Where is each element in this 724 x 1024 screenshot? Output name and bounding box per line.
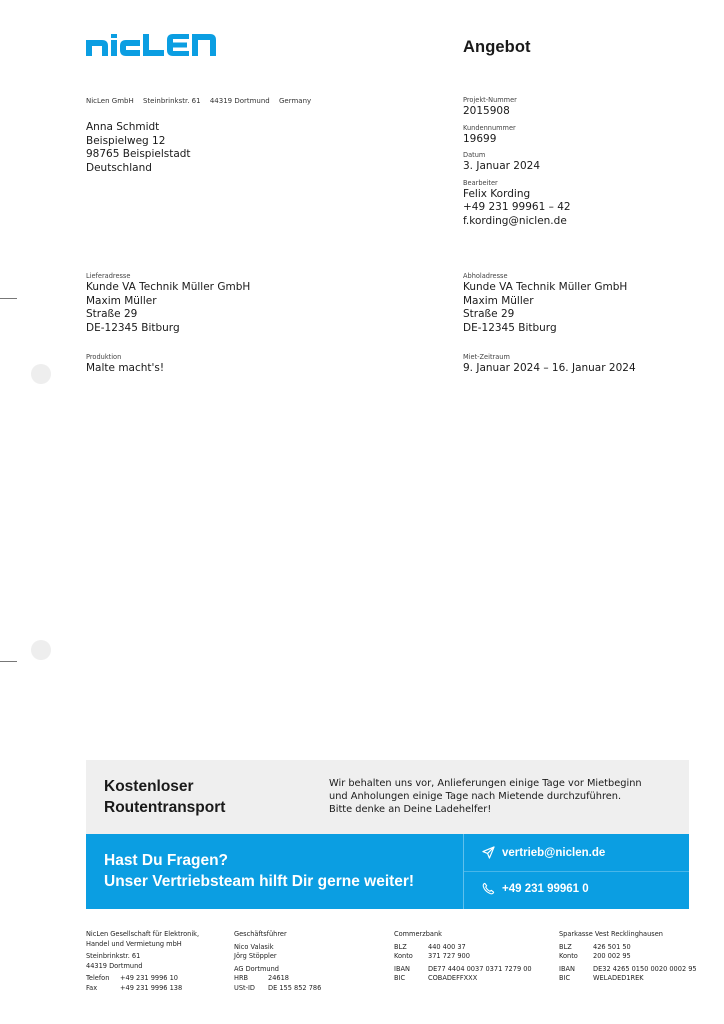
footer-manager-2: Jörg Stöppler — [234, 952, 321, 962]
sender-street: Steinbrinkstr. 61 — [143, 97, 201, 105]
recipient-country: Deutschland — [86, 162, 191, 176]
production-value: Malte macht's! — [86, 362, 346, 376]
contact-title-line-1: Hast Du Fragen? — [104, 850, 414, 871]
contact-divider — [464, 871, 690, 872]
footer-bank1-bic-label: BIC — [394, 974, 428, 984]
pickup-street: Straße 29 — [463, 308, 723, 322]
sender-city: 44319 Dortmund — [210, 97, 270, 105]
contact-title-line-2: Unser Vertriebsteam hilft Dir gerne weit… — [104, 871, 414, 892]
delivery-company: Kunde VA Technik Müller GmbH — [86, 281, 346, 295]
sender-return-address: NicLen GmbH Steinbrinkstr. 61 44319 Dort… — [86, 97, 318, 105]
footer-bank1-blz-value: 440 400 37 — [428, 943, 466, 953]
date-label: Datum — [463, 151, 703, 160]
customer-number-label: Kundennummer — [463, 124, 703, 133]
niclen-logo — [86, 34, 238, 56]
rental-period: Miet-Zeitraum 9. Januar 2024 – 16. Janua… — [463, 353, 723, 376]
footer-company-street: Steinbrinkstr. 61 — [86, 952, 199, 962]
notice-line-1: Wir behalten uns vor, Anlieferungen eini… — [329, 777, 642, 790]
footer-bank2-blz-label: BLZ — [559, 943, 593, 953]
footer-management: Geschäftsführer Nico Valasik Jörg Stöppl… — [234, 930, 321, 994]
footer-bank1-blz-label: BLZ — [394, 943, 428, 953]
pickup-address: Abholadresse Kunde VA Technik Müller Gmb… — [463, 272, 723, 335]
free-transport-title-line-1: Kostenloser — [104, 776, 225, 797]
project-number-value: 2015908 — [463, 105, 703, 119]
free-transport-notice: Wir behalten uns vor, Anlieferungen eini… — [329, 777, 642, 817]
footer-bank1-name: Commerzbank — [394, 930, 532, 940]
fold-mark-top — [0, 298, 17, 299]
footer-bank2-konto-value: 200 002 95 — [593, 952, 631, 962]
footer-vat-label: USt-ID — [234, 984, 268, 994]
agent-phone: +49 231 99961 – 42 — [463, 201, 703, 215]
contact-banner: Hast Du Fragen? Unser Vertriebsteam hilf… — [86, 834, 689, 909]
footer-hrb-value: 24618 — [268, 974, 289, 984]
offer-meta: Projekt-Nummer 2015908 Kundennummer 1969… — [463, 96, 703, 234]
footer-bank2-bic-label: BIC — [559, 974, 593, 984]
free-transport-title: Kostenloser Routentransport — [104, 776, 225, 818]
footer-phone-value: +49 231 9996 10 — [120, 974, 178, 984]
customer-number-value: 19699 — [463, 133, 703, 147]
phone-icon — [482, 882, 495, 895]
footer-company: NicLen Gesellschaft für Elektronik, Hand… — [86, 930, 199, 994]
sender-company: NicLen GmbH — [86, 97, 134, 105]
pickup-address-label: Abholadresse — [463, 272, 723, 281]
footer-bank2-name: Sparkasse Vest Recklinghausen — [559, 930, 697, 940]
pickup-contact: Maxim Müller — [463, 295, 723, 309]
delivery-city: DE-12345 Bitburg — [86, 322, 346, 336]
production-label: Produktion — [86, 353, 346, 362]
footer-bank2-iban-value: DE32 4265 0150 0020 0002 95 — [593, 965, 697, 975]
footer-vat-value: DE 155 852 786 — [268, 984, 321, 994]
footer-bank1-bic-value: COBADEFFXXX — [428, 974, 477, 984]
footer-bank1-iban-label: IBAN — [394, 965, 428, 975]
footer-bank1-konto-value: 371 727 900 — [428, 952, 470, 962]
punch-hole-mark-top — [31, 364, 51, 384]
footer-hrb-label: HRB — [234, 974, 268, 984]
sales-phone-link[interactable]: +49 231 99961 0 — [482, 882, 589, 895]
footer-bank2-bic-value: WELADED1REK — [593, 974, 644, 984]
footer-company-name-1: NicLen Gesellschaft für Elektronik, — [86, 930, 199, 940]
pickup-company: Kunde VA Technik Müller GmbH — [463, 281, 723, 295]
niclen-logo-mark — [86, 34, 238, 56]
production: Produktion Malte macht's! — [86, 353, 346, 376]
footer-company-name-2: Handel und Vermietung mbH — [86, 940, 199, 950]
delivery-address: Lieferadresse Kunde VA Technik Müller Gm… — [86, 272, 346, 335]
free-transport-banner: Kostenloser Routentransport Wir behalten… — [86, 760, 689, 834]
rental-period-label: Miet-Zeitraum — [463, 353, 723, 362]
footer-vat: USt-ID DE 155 852 786 — [234, 984, 321, 994]
recipient-address: Anna Schmidt Beispielweg 12 98765 Beispi… — [86, 121, 191, 175]
agent-name: Felix Kording — [463, 188, 703, 202]
punch-hole-mark-bottom — [31, 640, 51, 660]
agent-email[interactable]: f.kording@niclen.de — [463, 215, 703, 229]
recipient-name: Anna Schmidt — [86, 121, 191, 135]
sender-country: Germany — [279, 97, 311, 105]
delivery-address-label: Lieferadresse — [86, 272, 346, 281]
footer-bank2-konto-label: Konto — [559, 952, 593, 962]
pickup-city: DE-12345 Bitburg — [463, 322, 723, 336]
sales-phone: +49 231 99961 0 — [502, 883, 589, 895]
rental-period-value: 9. Januar 2024 – 16. Januar 2024 — [463, 362, 723, 376]
footer-manager-1: Nico Valasik — [234, 943, 321, 953]
contact-title: Hast Du Fragen? Unser Vertriebsteam hilf… — [104, 850, 414, 892]
agent-label: Bearbeiter — [463, 179, 703, 188]
sales-email: vertrieb@niclen.de — [502, 847, 605, 859]
free-transport-title-line-2: Routentransport — [104, 797, 225, 818]
footer-bank1-iban-value: DE77 4404 0037 0371 7279 00 — [428, 965, 532, 975]
document-title: Angebot — [463, 38, 531, 57]
recipient-street: Beispielweg 12 — [86, 135, 191, 149]
footer-bank-commerzbank: Commerzbank BLZ440 400 37 Konto371 727 9… — [394, 930, 532, 984]
footer-fax: Fax +49 231 9996 138 — [86, 984, 199, 994]
footer-bank-sparkasse: Sparkasse Vest Recklinghausen BLZ426 501… — [559, 930, 697, 984]
footer-fax-value: +49 231 9996 138 — [120, 984, 182, 994]
footer-fax-label: Fax — [86, 984, 120, 994]
footer-bank1-konto-label: Konto — [394, 952, 428, 962]
contact-details: vertrieb@niclen.de +49 231 99961 0 — [463, 834, 690, 909]
notice-line-2: und Anholungen einige Tage nach Mietende… — [329, 790, 642, 803]
footer-hrb: HRB 24618 — [234, 974, 321, 984]
fold-mark-bottom — [0, 661, 17, 662]
sales-email-link[interactable]: vertrieb@niclen.de — [482, 846, 605, 859]
delivery-contact: Maxim Müller — [86, 295, 346, 309]
recipient-city: 98765 Beispielstadt — [86, 148, 191, 162]
footer-phone-label: Telefon — [86, 974, 120, 984]
notice-line-3: Bitte denke an Deine Ladehelfer! — [329, 803, 642, 816]
footer-phone: Telefon +49 231 9996 10 — [86, 974, 199, 984]
footer-bank2-iban-label: IBAN — [559, 965, 593, 975]
footer-bank2-blz-value: 426 501 50 — [593, 943, 631, 953]
footer-company-city: 44319 Dortmund — [86, 962, 199, 972]
footer-court: AG Dortmund — [234, 965, 321, 975]
project-number-label: Projekt-Nummer — [463, 96, 703, 105]
date-value: 3. Januar 2024 — [463, 160, 703, 174]
footer-management-title: Geschäftsführer — [234, 930, 321, 940]
delivery-street: Straße 29 — [86, 308, 346, 322]
send-icon — [482, 846, 495, 859]
